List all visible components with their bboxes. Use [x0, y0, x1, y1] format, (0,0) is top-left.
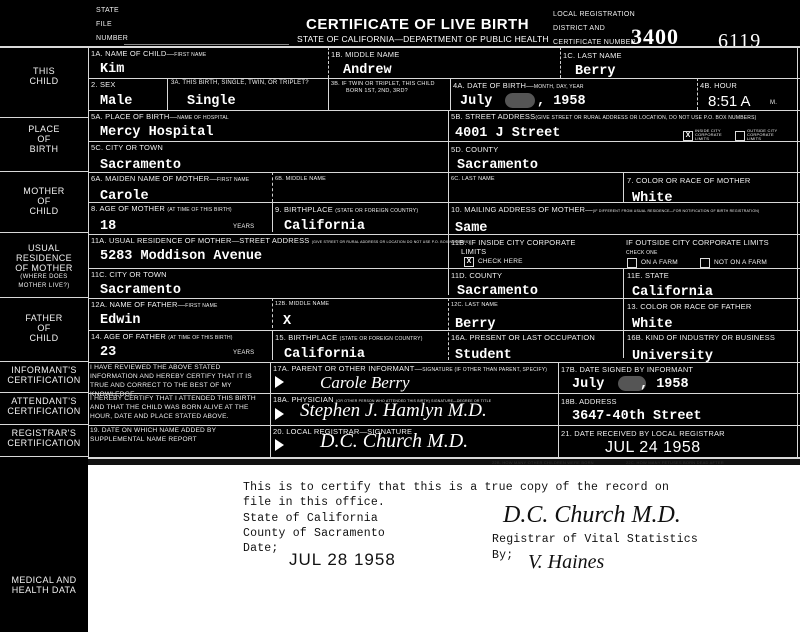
deputy-signature: V. Haines	[528, 551, 604, 574]
informant-sign-year: , 1958	[640, 377, 689, 392]
father-age-unit: YEARS	[233, 350, 254, 356]
birth-hour: 8:51 A	[708, 93, 751, 110]
birth-month: July	[460, 94, 492, 109]
field-7-label: 7. COLOR OR RACE OF MOTHER	[627, 176, 751, 185]
child-last-name: Berry	[575, 64, 616, 79]
field-5d-label: 5D. COUNTY	[451, 145, 498, 154]
child-first-name: Kim	[100, 62, 124, 77]
field-18b-label: 18B. ADDRESS	[561, 397, 617, 406]
local-registration-label-3: CERTIFICATE NUMBER	[553, 39, 636, 46]
field-5b-label: 5B. STREET ADDRESS(GIVE STREET OR RURAL …	[451, 112, 757, 121]
local-registration-label-2: DISTRICT AND	[553, 25, 605, 32]
registrar-title: Registrar of Vital Statistics	[492, 533, 698, 546]
field-16b-label: 16B. KIND OF INDUSTRY OR BUSINESS	[627, 333, 775, 342]
arrow-icon	[275, 408, 284, 420]
arrow-icon	[275, 376, 284, 388]
outside-city-label: OUTSIDE CITY CORPORATE LIMITS	[747, 129, 779, 141]
field-5a-label: 5A. PLACE OF BIRTH—NAME OF HOSPITAL	[91, 112, 229, 121]
registrar-signature: D.C. Church M.D.	[503, 502, 681, 529]
informant-signature: Carole Berry	[320, 373, 410, 393]
mother-residence-county: Sacramento	[457, 284, 538, 299]
field-17b-label: 17B. DATE SIGNED BY INFORMANT	[561, 365, 693, 374]
father-birthplace: California	[284, 347, 365, 362]
section-place-of-birth: PLACE OF BIRTH	[0, 124, 88, 154]
field-11b-label: 11B. IF INSIDE CITY CORPORATELIMITS	[451, 238, 576, 256]
section-attendant-cert: ATTENDANT'S CERTIFICATION	[0, 396, 88, 416]
mother-race: White	[632, 191, 673, 206]
field-1c-label: 1C. LAST NAME	[563, 51, 622, 60]
birth-city: Sacramento	[100, 158, 181, 173]
field-4a-label: 4A. DATE OF BIRTH—MONTH, DAY, YEAR	[453, 81, 584, 90]
mother-age: 18	[100, 219, 116, 234]
birth-county: Sacramento	[457, 158, 538, 173]
outside-city-checkbox[interactable]	[735, 131, 745, 141]
field-15-label: 15. BIRTHPLACE (STATE OR FOREIGN COUNTRY…	[275, 333, 423, 342]
physician-address: 3647-40th Street	[572, 409, 702, 424]
field-13-label: 13. COLOR OR RACE OF FATHER	[627, 302, 751, 311]
father-age: 23	[100, 345, 116, 360]
arrow-icon	[275, 439, 284, 451]
field-1b-label: 1B. MIDDLE NAME	[331, 50, 399, 59]
informant-sign-month: July	[572, 377, 604, 392]
field-16a-label: 16A. PRESENT OR LAST OCCUPATION	[451, 333, 595, 342]
date-received: JUL 24 1958	[605, 439, 701, 457]
certify-line-2: file in this office.	[243, 496, 385, 509]
birth-street-address: 4001 J Street	[455, 126, 560, 141]
on-farm-label: ON A FARM	[641, 259, 678, 266]
father-middle-name: X	[283, 314, 291, 329]
by-label: By;	[492, 549, 513, 562]
field-11c-label: 11C. CITY OR TOWN	[91, 270, 167, 279]
father-first-name: Edwin	[100, 313, 141, 328]
field-10-label: 10. MAILING ADDRESS OF MOTHER—(IF DIFFER…	[451, 205, 759, 214]
on-farm-checkbox[interactable]	[627, 258, 637, 268]
mother-residence-street: 5283 Moddison Avenue	[100, 249, 262, 264]
field-1a-label: 1A. NAME OF CHILD—FIRST NAME	[91, 49, 206, 58]
child-sex: Male	[100, 94, 132, 109]
mother-age-unit: YEARS	[233, 224, 254, 230]
section-medical-health: MEDICAL AND HEALTH DATA	[0, 575, 88, 595]
field-11a-label: 11A. USUAL RESIDENCE OF MOTHER—STREET AD…	[91, 236, 470, 245]
field-3a-label: 3A. THIS BIRTH, SINGLE, TWIN, OR TRIPLET…	[171, 80, 309, 86]
physician-signature: Stephen J. Hamlyn M.D.	[300, 400, 487, 422]
field-11d-label: 11D. COUNTY	[451, 271, 502, 280]
not-on-farm-checkbox[interactable]	[700, 258, 710, 268]
mother-residence-city: Sacramento	[100, 283, 181, 298]
field-5c-label: 5C. CITY OR TOWN	[91, 143, 163, 152]
inside-city-checkbox[interactable]: X	[683, 131, 693, 141]
field-3b-label: 3B. IF TWIN OR TRIPLET, THIS CHILDBORN 1…	[331, 81, 435, 95]
field-4b-label: 4B. HOUR	[700, 81, 737, 90]
field-2-label: 2. SEX	[91, 80, 116, 89]
birth-hour-suffix: M.	[770, 100, 777, 106]
check-one-label: CHECK ONE	[626, 250, 658, 256]
birth-year: , 1958	[537, 94, 586, 109]
page-subtitle: STATE OF CALIFORNIA—DEPARTMENT OF PUBLIC…	[297, 34, 549, 44]
birth-plurality: Single	[187, 94, 236, 109]
hospital-name: Mercy Hospital	[100, 125, 213, 140]
field-12a-label: 12A. NAME OF FATHER—FIRST NAME	[91, 300, 218, 309]
certify-county: County of Sacramento	[243, 527, 385, 540]
local-registrar-signature: D.C. Church M.D.	[320, 430, 468, 453]
section-usual-residence: USUAL RESIDENCE OF MOTHER(WHERE DOES MOT…	[0, 243, 88, 291]
section-registrar-cert: REGISTRAR'S CERTIFICATION	[0, 428, 88, 448]
field-6c-label: 6C. LAST NAME	[451, 176, 495, 182]
section-informant-cert: INFORMANT'S CERTIFICATION	[0, 365, 88, 385]
field-11e-label: 11E. STATE	[627, 271, 669, 280]
field-12c-label: 12C. LAST NAME	[451, 302, 498, 308]
outside-city-limits-label: IF OUTSIDE CITY CORPORATE LIMITS	[626, 238, 769, 247]
not-on-farm-label: NOT ON A FARM	[714, 259, 767, 266]
certify-date-label: Date;	[243, 542, 279, 555]
attendant-statement: I HEREBY CERTIFY THAT I ATTENDED THIS BI…	[90, 394, 268, 421]
field-19-label: 19. DATE ON WHICH NAME ADDED BY SUPPLEME…	[90, 426, 268, 444]
field-21-label: 21. DATE RECEIVED BY LOCAL REGISTRAR	[561, 429, 725, 438]
certify-state: State of California	[243, 512, 378, 525]
field-14-label: 14. AGE OF FATHER (AT TIME OF THIS BIRTH…	[91, 332, 233, 341]
section-this-child: THIS CHILD	[0, 66, 88, 86]
certify-line-1: This is to certify that this is a true c…	[243, 481, 669, 494]
field-6a-label: 6A. MAIDEN NAME OF MOTHER—FIRST NAME	[91, 174, 249, 183]
father-occupation: Student	[455, 348, 512, 363]
field-8-label: 8. AGE OF MOTHER (AT TIME OF THIS BIRTH)	[91, 204, 232, 213]
field-12b-label: 12B. MIDDLE NAME	[275, 301, 329, 307]
field-9-label: 9. BIRTHPLACE (STATE OR FOREIGN COUNTRY)	[275, 205, 418, 214]
state-file-number-label-3: NUMBER	[96, 35, 128, 42]
certificate-number: 6119	[718, 30, 761, 53]
section-father-of-child: FATHER OF CHILD	[0, 313, 88, 343]
field-17a-label: 17A. PARENT OR OTHER INFORMANT—SIGNATURE…	[273, 364, 547, 373]
inside-city-residence-checkbox[interactable]: X	[464, 257, 474, 267]
field-22c-label: 22C. HOW MANY FETUSES BORN DEAD AFTER	[626, 460, 724, 465]
redacted-day	[505, 93, 535, 108]
inside-city-label: INSIDE CITY CORPORATE LIMITS	[695, 129, 725, 141]
field-6b-label: 6B. MIDDLE NAME	[275, 176, 326, 182]
check-here-label: CHECK HERE	[478, 258, 523, 265]
page-title: CERTIFICATE OF LIVE BIRTH	[306, 16, 529, 33]
field-22b-label: 22B. HOW MANY OTHER CHILDREN WERE BORN	[492, 460, 594, 465]
state-file-number-label-2: FILE	[96, 21, 112, 28]
state-file-number-label-1: STATE	[96, 7, 119, 14]
local-registration-label-1: LOCAL REGISTRATION	[553, 11, 635, 18]
section-mother-of-child: MOTHER OF CHILD	[0, 186, 88, 216]
child-middle-name: Andrew	[343, 63, 392, 78]
mother-birthplace: California	[284, 219, 365, 234]
certify-date-value: JUL 28 1958	[289, 550, 396, 570]
